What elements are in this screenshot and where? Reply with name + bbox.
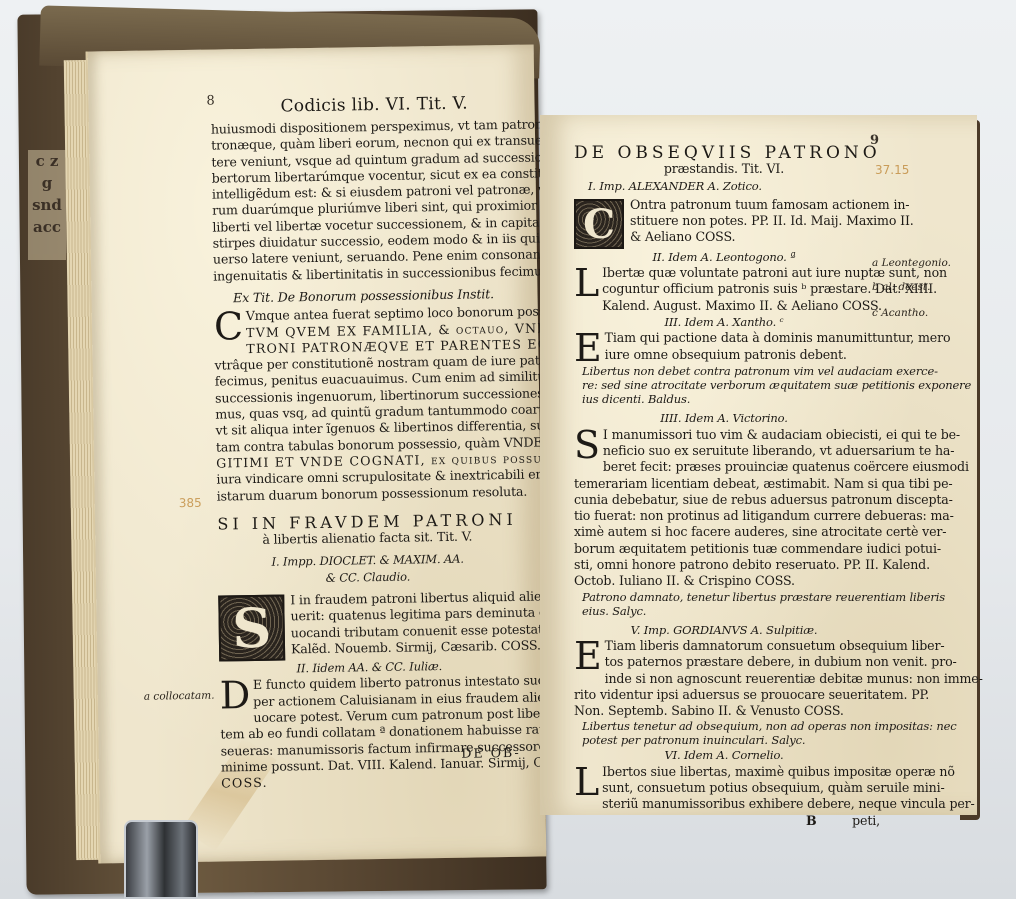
margin-note: a Leontegonio. <box>872 257 951 269</box>
law-2: D E functo quidem liberto patronus intes… <box>220 673 522 792</box>
section-heading: Ex Tit. De Bonorum possessionibus Instit… <box>213 286 513 307</box>
ornamental-initial-c: C <box>574 199 624 249</box>
spine-label: c z g snd acc <box>28 150 66 260</box>
right-page: 9 37.15 DE OBSEQVIIS PATRONO præstandis.… <box>540 115 977 815</box>
title-subheading: præstandis. Tit. VI. <box>574 161 874 177</box>
paragraph-continued: huiusmodi dispositionem perspeximus, vt … <box>211 117 514 285</box>
margin-note: a collocatam. <box>144 690 215 703</box>
law-3: E Tiam qui pactione data à dominis manum… <box>574 330 874 364</box>
initial-letter: L <box>574 267 599 299</box>
folio-number: 8 <box>206 94 215 109</box>
pencil-note: 385 <box>179 496 202 510</box>
title-subheading: à libertis alienatio facta sit. Tit. V. <box>217 528 517 549</box>
annotation: Patrono damnato, tenetur libertus præsta… <box>574 590 874 618</box>
initial-letter: L <box>574 766 599 798</box>
law-2: L Ibertæ quæ voluntate patroni aut iure … <box>574 265 874 314</box>
law-heading: I. Imp. ALEXANDER A. Zotico. <box>574 178 874 194</box>
initial-letter: E <box>574 640 602 672</box>
paragraph-instit: C Vmque antea fuerat septimo loco bonoru… <box>214 304 517 504</box>
law-1: S I in fraudem patroni libertus aliquid … <box>218 589 519 662</box>
initial-letter: S <box>574 429 600 461</box>
page-footer: B peti, <box>574 813 874 829</box>
running-head: Codicis lib. VI. Tit. V. <box>280 94 468 117</box>
margin-note: b al. deest. <box>872 281 930 293</box>
catchword: DE OB- <box>461 745 521 762</box>
left-page: 8 Codicis lib. VI. Tit. V. 385 huiusmodi… <box>86 45 547 864</box>
left-text-body: huiusmodi dispositionem perspeximus, vt … <box>211 117 521 792</box>
law-heading: III. Idem A. Xantho. ᶜ <box>574 314 874 330</box>
catchword: peti, <box>852 813 880 829</box>
initial-letter: E <box>574 332 602 364</box>
margin-note: c Acantho. <box>872 307 928 319</box>
book-stand <box>124 820 198 899</box>
title-heading: DE OBSEQVIIS PATRONO <box>574 145 874 161</box>
book-photo: c z g snd acc 8 Codicis lib. VI. Tit. V.… <box>0 0 1016 899</box>
law-4: S I manumissori tuo vim & audaciam obiec… <box>574 427 874 590</box>
signature-mark: B <box>806 813 817 829</box>
law-6: L Ibertos siue libertas, maximè quibus i… <box>574 764 874 813</box>
law-heading: V. Imp. GORDIANVS A. Sulpitiæ. <box>574 622 874 638</box>
ornamental-initial-s: S <box>218 595 285 662</box>
law-heading-cont: & CC. Claudio. <box>218 567 518 588</box>
law-1: C Ontra patronum tuum famosam actionem i… <box>574 197 874 249</box>
law-heading: IIII. Idem A. Victorino. <box>574 410 874 426</box>
right-text-body: DE OBSEQVIIS PATRONO præstandis. Tit. VI… <box>574 145 874 829</box>
annotation: Libertus tenetur ad obsequium, non ad op… <box>574 719 874 747</box>
initial-letter: C <box>214 310 243 342</box>
law-heading: II. Idem A. Leontogono. ª <box>574 249 874 265</box>
law-heading: VI. Idem A. Cornelio. <box>574 747 874 763</box>
pencil-note: 37.15 <box>875 163 909 177</box>
annotation: Libertus non debet contra patronum vim v… <box>574 364 874 406</box>
initial-letter: D <box>220 679 251 711</box>
law-5: E Tiam liberis damnatorum consuetum obse… <box>574 638 874 719</box>
